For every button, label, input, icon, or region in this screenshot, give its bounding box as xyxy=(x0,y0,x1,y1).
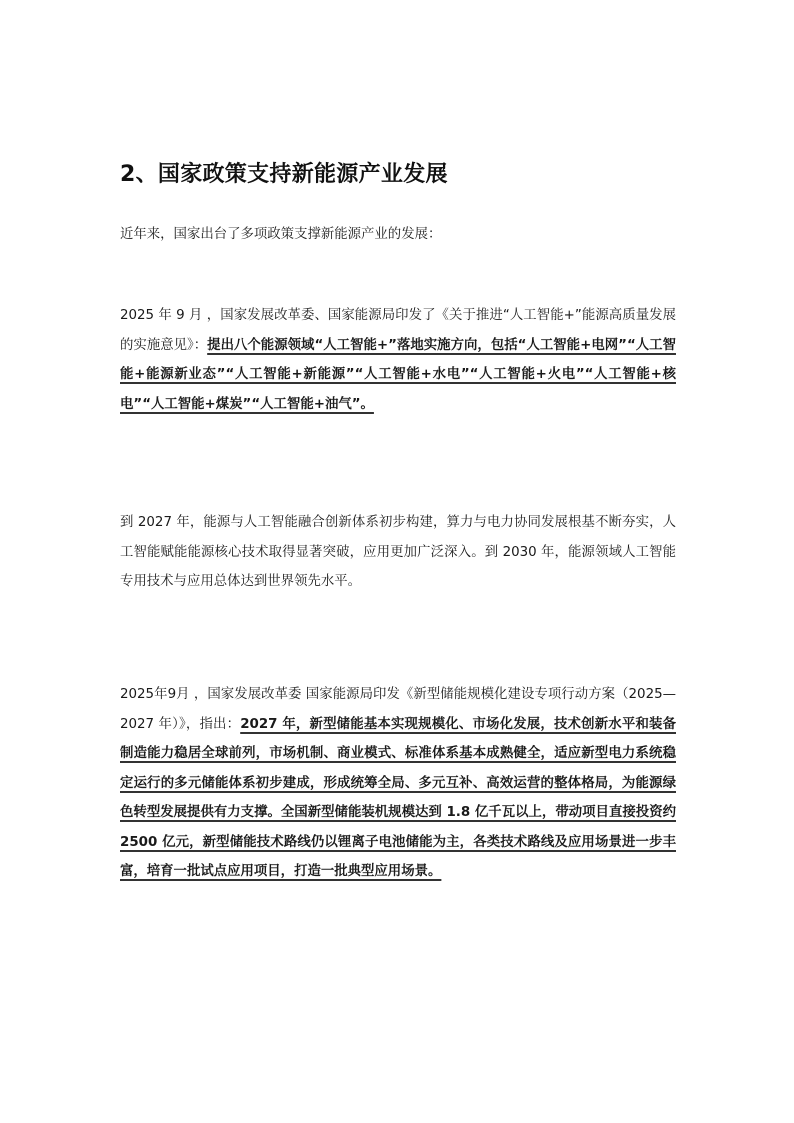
policy-ai-energy-paragraph: 2025 年 9 月 ，国家发展改革委、国家能源局印发了《关于推进“人工智能+”… xyxy=(120,301,676,419)
ai-energy-goals-paragraph: 到 2027 年，能源与人工智能融合创新体系初步构建，算力与电力协同发展根基不断… xyxy=(120,508,676,597)
document-page: 2、国家政策支持新能源产业发展 近年来，国家出台了多项政策支撑新能源产业的发展：… xyxy=(0,0,794,1123)
energy-storage-policy-emphasis: 2027 年，新型储能基本实现规模化、市场化发展，技术创新水平和装备制造能力稳居… xyxy=(120,717,676,880)
section-heading: 2、国家政策支持新能源产业发展 xyxy=(120,160,680,190)
intro-paragraph: 近年来，国家出台了多项政策支撑新能源产业的发展： xyxy=(120,220,676,250)
energy-storage-policy-paragraph: 2025年9月 ，国家发展改革委 国家能源局印发《新型储能规模化建设专项行动方案… xyxy=(120,680,676,887)
